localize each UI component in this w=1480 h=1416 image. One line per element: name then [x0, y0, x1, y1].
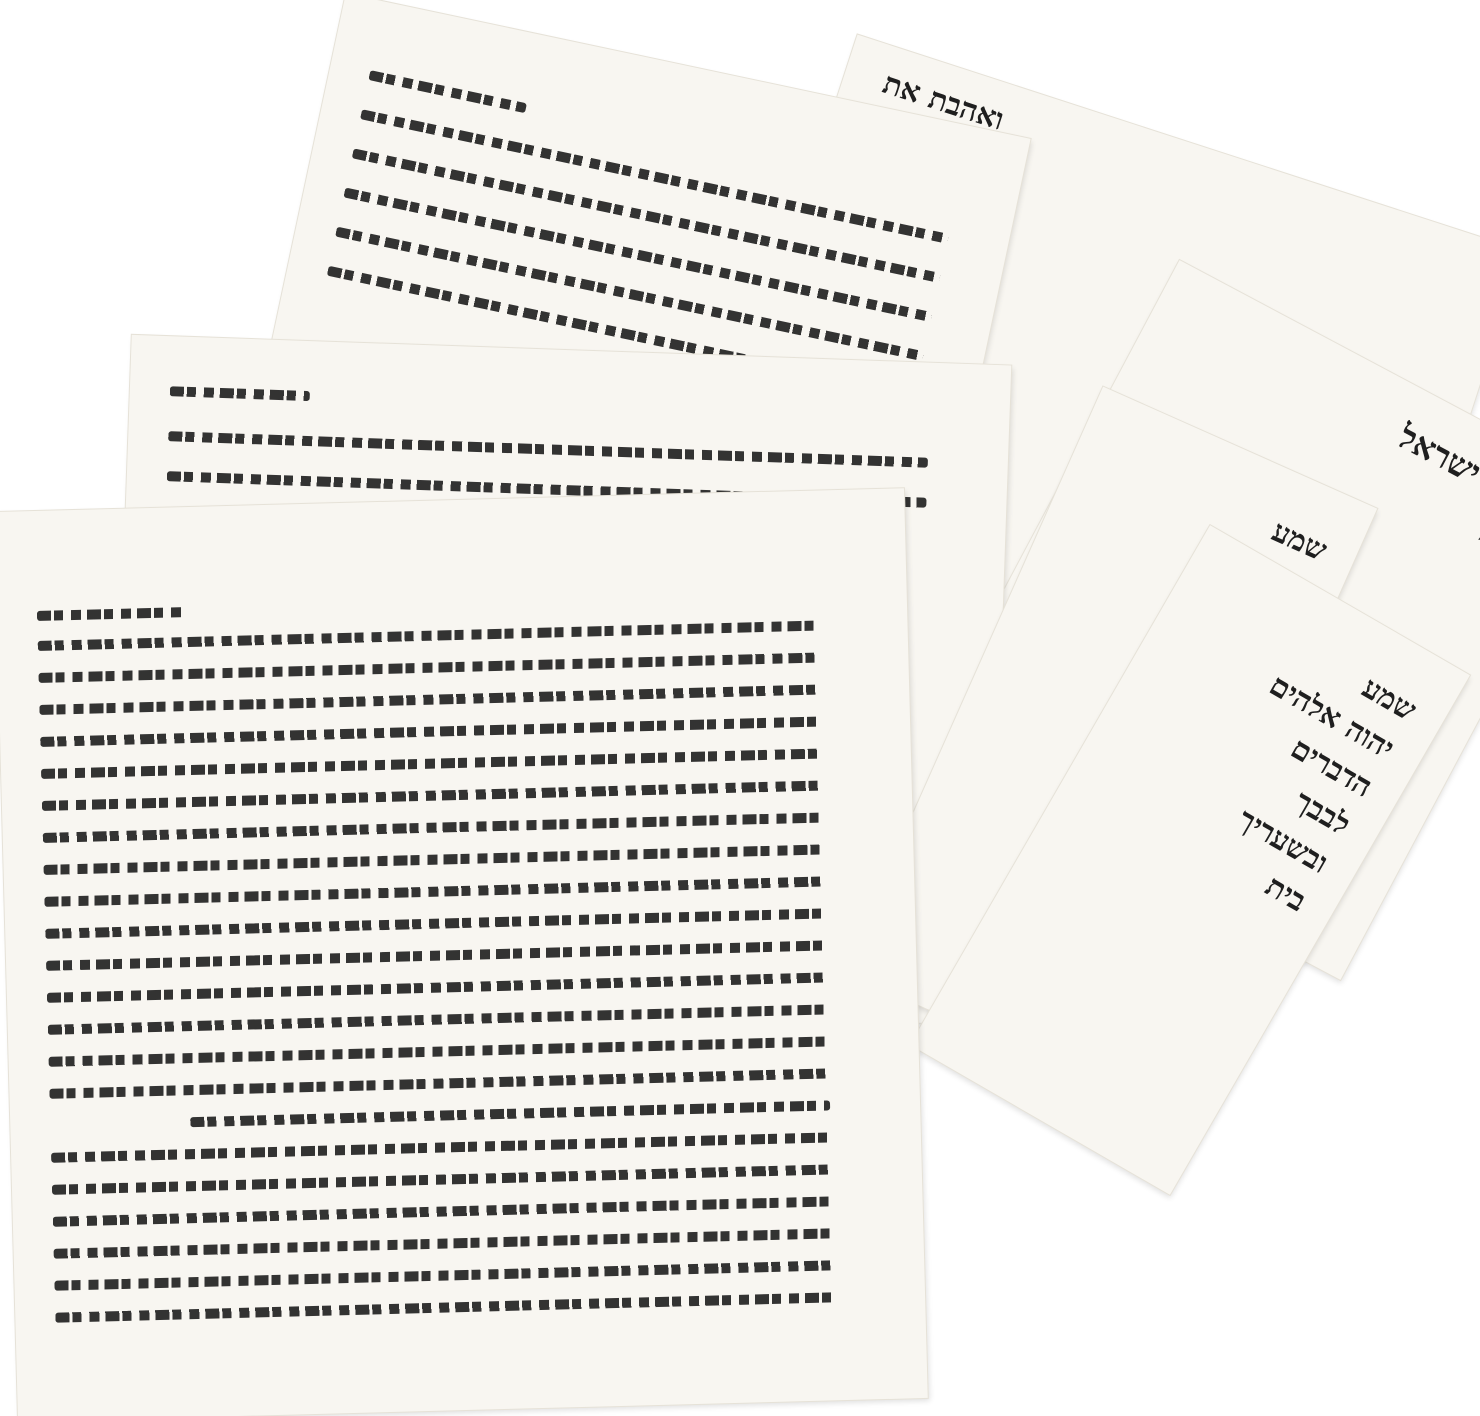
sheet-header-shema-yisrael: שמע ישראל [1391, 417, 1480, 529]
front-sheet [0, 488, 928, 1416]
sheet-line-yhvh: יהוה [1473, 515, 1480, 567]
calligraphy-lines [0, 488, 928, 1416]
